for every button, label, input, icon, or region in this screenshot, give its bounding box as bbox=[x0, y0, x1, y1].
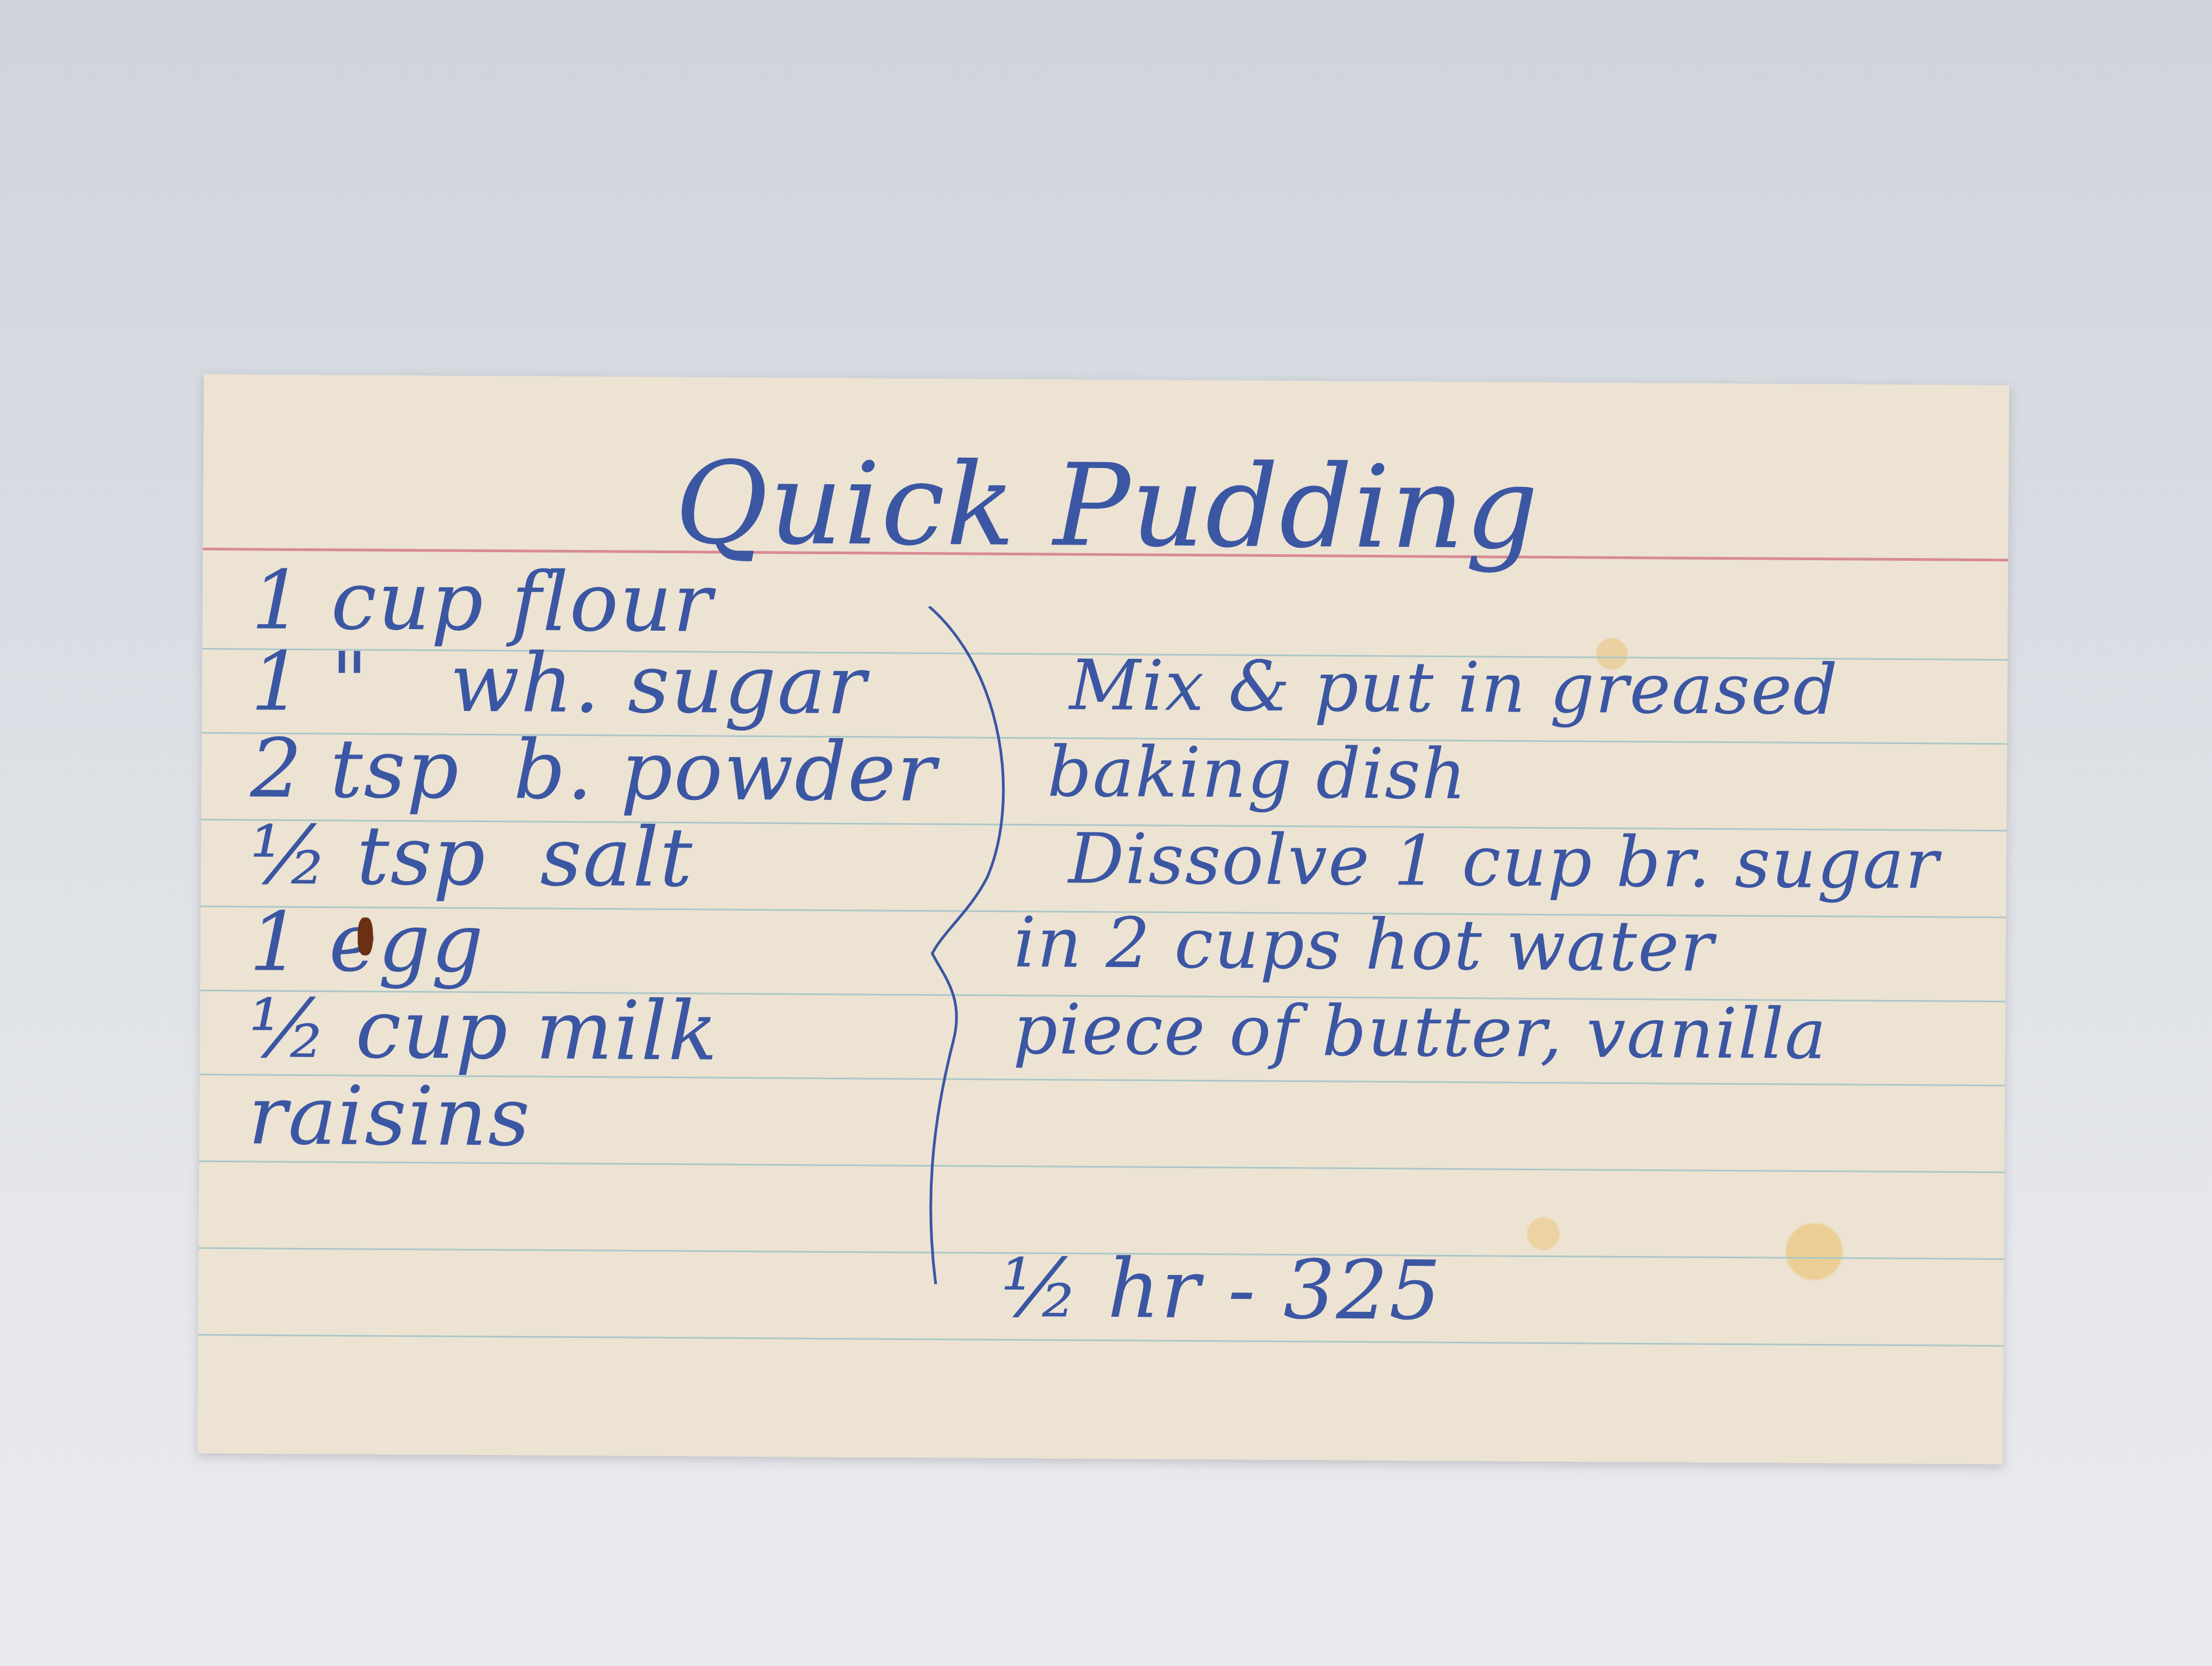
ingredient-line: ½ cup milk bbox=[248, 982, 719, 1079]
ingredient-qty: 1 bbox=[251, 553, 304, 648]
ingredient-qty: ½ bbox=[249, 808, 330, 903]
recipe-card: Quick Pudding 1 cup flour 1 " wh. sugar … bbox=[197, 374, 2009, 1464]
ingredient-qty: 2 bbox=[250, 721, 303, 816]
ingredient-line: 2 tsp b. powder bbox=[250, 721, 937, 820]
ingredient-text: raisins bbox=[248, 1068, 531, 1164]
instruction-line: Dissolve 1 cup br. sugar bbox=[1068, 819, 1939, 905]
instruction-line: Mix & put in greased bbox=[1069, 645, 1839, 731]
ingredient-qty: ½ bbox=[248, 982, 329, 1077]
ingredient-text: " wh. sugar bbox=[330, 635, 867, 733]
ingredient-text: egg bbox=[329, 895, 485, 991]
brown-stain bbox=[358, 918, 373, 956]
curly-brace-icon bbox=[919, 606, 1021, 1285]
ingredient-line: 1 " wh. sugar bbox=[250, 635, 867, 733]
instruction-line: baking dish bbox=[1047, 732, 1468, 815]
instruction-line: in 2 cups hot water bbox=[1013, 902, 1714, 988]
ingredient-qty: 1 bbox=[249, 895, 302, 990]
ingredient-text: tsp b. powder bbox=[330, 722, 937, 820]
instruction-line: piece of butter, vanilla bbox=[1013, 989, 1827, 1075]
recipe-title: Quick Pudding bbox=[674, 437, 1540, 575]
ingredient-line: ½ tsp salt bbox=[249, 808, 693, 905]
ingredient-qty: 1 bbox=[250, 635, 304, 729]
ingredient-text: cup milk bbox=[355, 983, 718, 1079]
bake-time-temp: ½ hr - 325 bbox=[1000, 1241, 1442, 1338]
ingredient-line: raisins bbox=[248, 1068, 531, 1164]
ingredient-text: tsp salt bbox=[356, 809, 693, 906]
